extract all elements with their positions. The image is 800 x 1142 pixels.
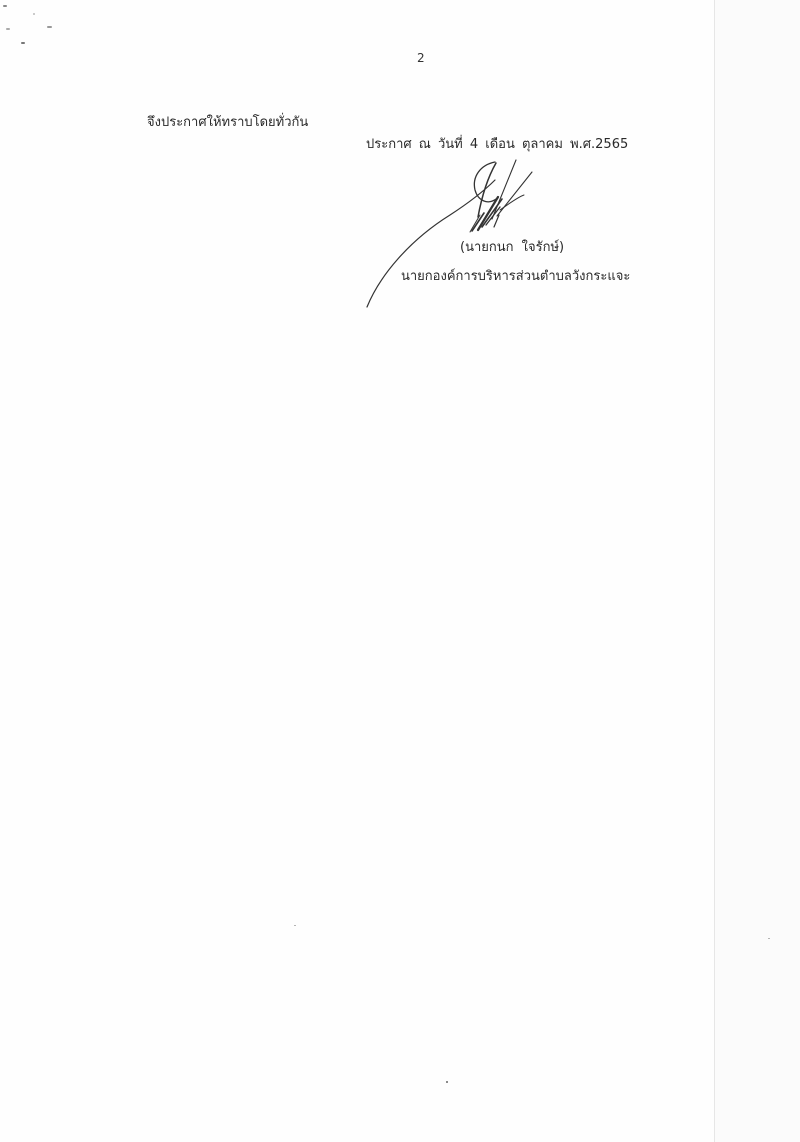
scan-speck <box>446 1081 448 1083</box>
signer-name: (นายกนก ใจรักษ์) <box>460 236 564 257</box>
document-page: 2 จึงประกาศให้ทราบโดยทั่วกัน ประกาศ ณ วั… <box>0 0 800 1142</box>
scan-margin <box>715 0 800 1142</box>
announcement-text: จึงประกาศให้ทราบโดยทั่วกัน <box>147 111 308 132</box>
signer-title: นายกองค์การบริหารส่วนตำบลวังกระแจะ <box>401 265 630 286</box>
scan-speck <box>47 26 52 28</box>
scan-speck <box>21 42 25 44</box>
scan-speck <box>33 13 35 15</box>
announcement-date: ประกาศ ณ วันที่ 4 เดือน ตุลาคม พ.ศ.2565 <box>366 133 628 154</box>
page-number: 2 <box>417 51 425 65</box>
scan-speck <box>294 925 296 926</box>
scan-speck <box>768 938 770 939</box>
scan-speck <box>6 28 10 30</box>
scan-edge-line <box>714 0 715 1142</box>
scan-speck <box>3 5 7 7</box>
signature-icon <box>360 155 560 315</box>
